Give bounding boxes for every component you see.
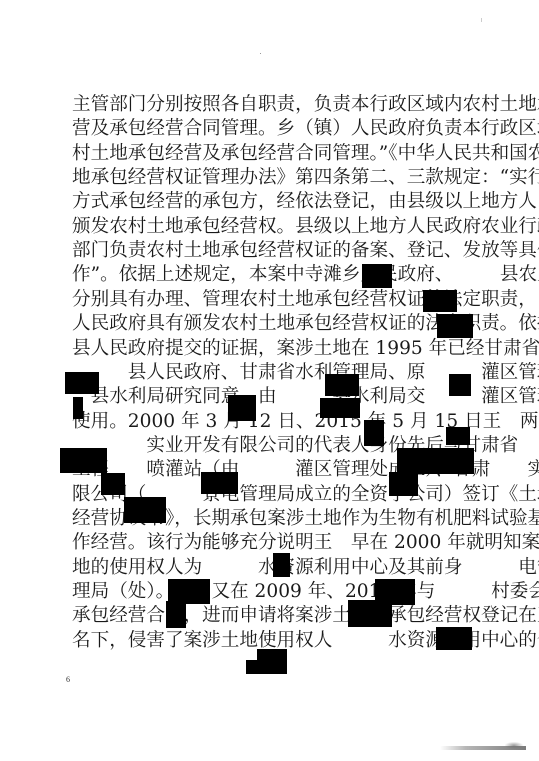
text-line: 营及承包经营合同管理。乡（镇）人民政府负责本行政区域内农 — [72, 117, 471, 141]
redaction-box — [273, 553, 290, 577]
text-line: 颁发农村土地承包经营权。县级以上地方人民政府农业行政主管 — [72, 215, 471, 239]
page-number: 6 — [66, 675, 70, 684]
scan-speck — [481, 18, 482, 22]
redaction-box — [364, 420, 384, 446]
text-line: 县人民政府提交的证据，案涉土地在 1995 年已经甘肃省水利厅、 — [72, 337, 471, 361]
redaction-box — [65, 372, 99, 394]
redaction-box — [436, 627, 472, 650]
redaction-box — [73, 397, 83, 419]
scan-smudge — [505, 742, 523, 749]
redaction-box — [320, 398, 360, 418]
redaction-box — [124, 497, 166, 523]
text-line: 县水利局研究同意，由 县水利局交 灌区管理处管理 — [72, 385, 471, 409]
scan-speck — [260, 53, 261, 54]
text-line: 部门负责农村土地承包经营权证的备案、登记、发放等具体工 — [72, 239, 471, 263]
redaction-box — [423, 290, 457, 312]
text-line: 县人民政府、甘肃省水利管理局、原 灌区管理处、 — [72, 361, 471, 385]
text-line: 地的使用权人为 水资源利用中心及其前身 电管 — [72, 556, 471, 580]
text-line: 人民政府具有颁发农村土地承包经营权证的法定职责。依据 — [72, 312, 471, 336]
text-line: 使用。2000 年 3 月 12 日、2015 年 5 月 15 日王 两次作为 — [72, 410, 471, 434]
redaction-box — [325, 374, 359, 396]
redaction-box — [246, 660, 264, 674]
text-line: 作经营。该行为能够充分说明王 早在 2000 年就明知案涉土 — [72, 531, 471, 555]
redaction-box — [348, 600, 392, 627]
text-line: 主管部门分别按照各自职责，负责本行政区域内农村土地承包经 — [72, 93, 471, 117]
text-line: 承包经营合同，进而申请将案涉土地的承包经营权登记在王 — [72, 604, 471, 628]
text-line: 作”。依据上述规定，本案中寺滩乡人民政府、 县农业农村 — [72, 263, 471, 287]
redaction-box — [449, 374, 471, 396]
document-page: 主管部门分别按照各自职责，负责本行政区域内农村土地承包经营及承包经营合同管理。乡… — [0, 0, 539, 761]
redaction-box — [166, 601, 186, 628]
redaction-box — [362, 264, 392, 288]
text-line: 分别具有办理、管理农村土地承包经营权证的法定职责， 县 — [72, 288, 471, 312]
redaction-box — [437, 314, 473, 338]
redaction-box — [446, 427, 470, 445]
redaction-box — [101, 473, 125, 495]
text-line: 地承包经营权证管理办法》第四条第二、三款规定：“实行其他 — [72, 166, 471, 190]
text-line: 村土地承包经营及承包经营合同管理。”《中华人民共和国农村土 — [72, 142, 471, 166]
redaction-box — [201, 472, 238, 494]
redaction-box — [389, 472, 418, 496]
text-line: 方式承包经营的承包方，经依法登记，由县级以上地方人民政府 — [72, 190, 471, 214]
redaction-box — [60, 448, 107, 473]
redaction-box — [397, 448, 474, 474]
redaction-box — [228, 395, 256, 421]
